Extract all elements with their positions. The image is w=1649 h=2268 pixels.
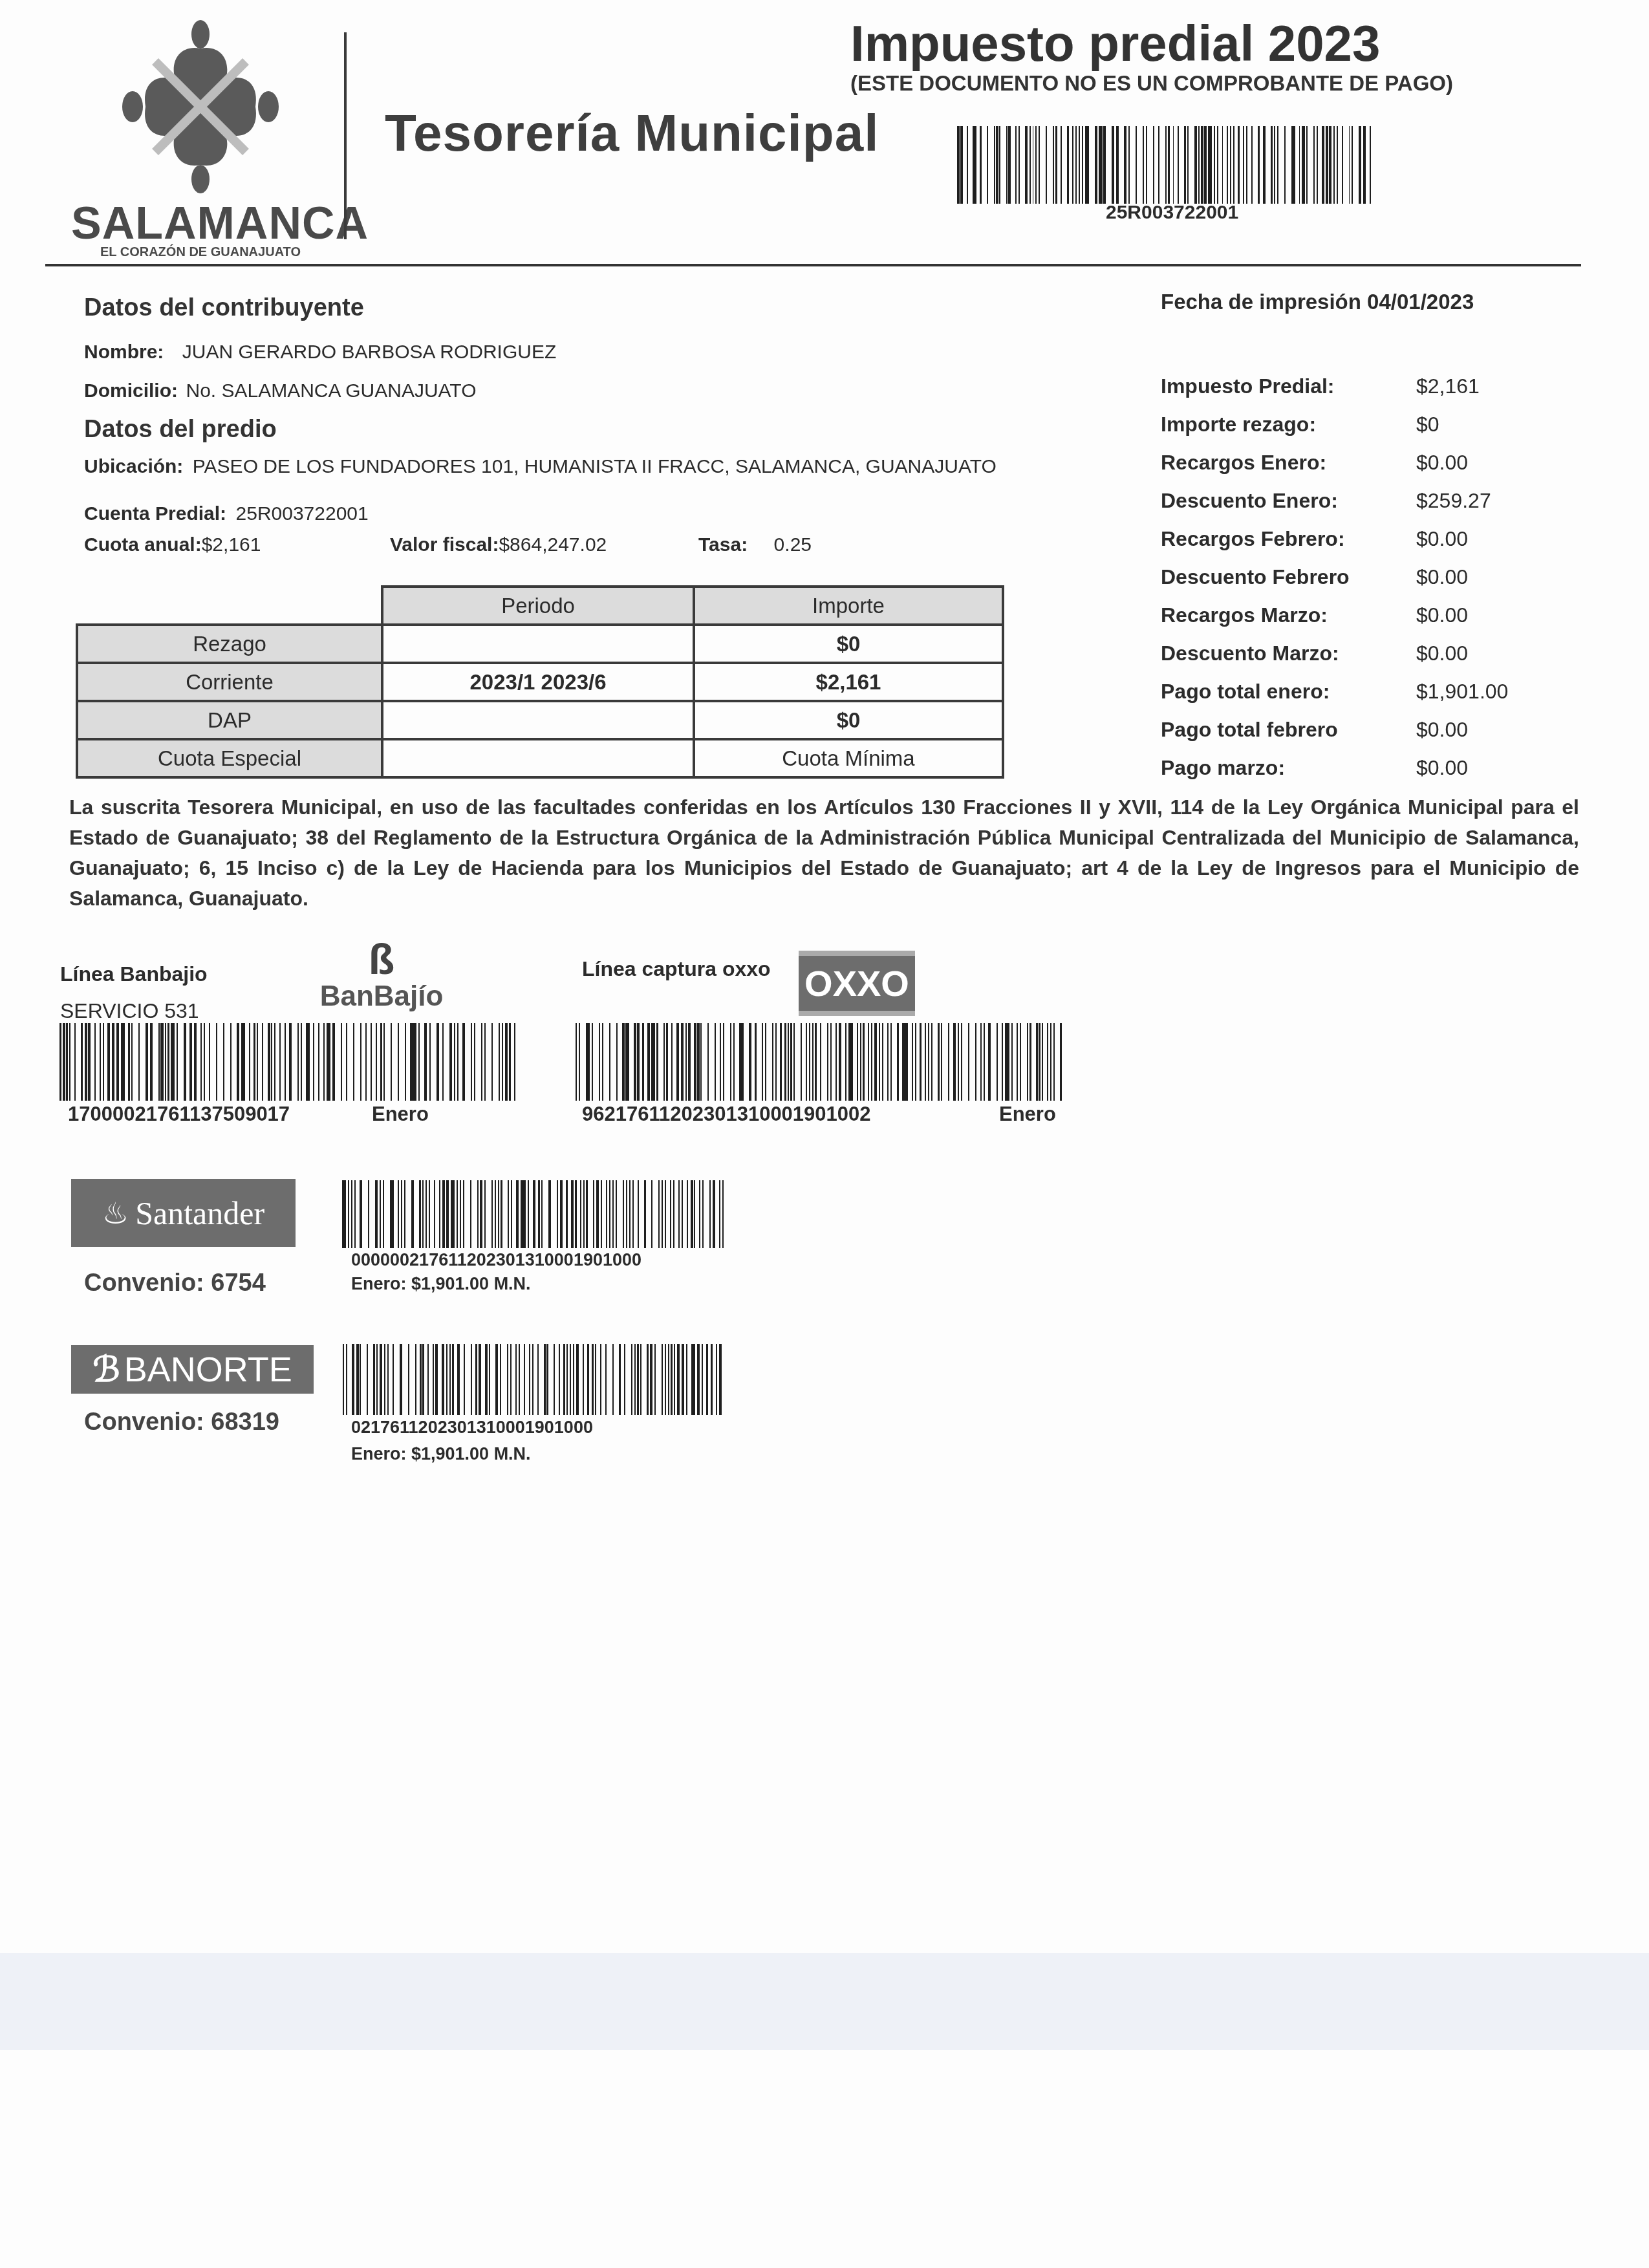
banbajio-month: Enero [372,1103,429,1126]
summary-value: $0 [1416,413,1439,437]
summary-label: Pago marzo: [1161,756,1416,780]
summary-value: $2,161 [1416,374,1480,398]
fiscal-value-value: $864,247.02 [499,534,607,556]
oxxo-month: Enero [999,1103,1056,1126]
summary-label: Importe rezago: [1161,413,1416,437]
banorte-barcode [343,1344,727,1415]
table-row: DAP $0 [77,701,1003,739]
santander-logo: ♨Santander [71,1179,296,1247]
oxxo-logo-text: OXXO [804,962,909,1004]
salamanca-logo: SALAMANCA EL CORAZÓN DE GUANAJUATO [71,16,330,249]
summary-row: Pago total enero:$1,901.00 [1161,673,1508,711]
document-subtitle: (ESTE DOCUMENTO NO ES UN COMPROBANTE DE … [850,71,1453,96]
period-table: Periodo Importe Rezago $0 Corriente 2023… [76,585,1004,779]
santander-convenio: Convenio: 6754 [84,1269,266,1297]
account-label: Cuenta Predial: [84,503,226,524]
address-label: Domicilio: [84,380,178,402]
account-row: Cuenta Predial: 25R003722001 [84,503,369,525]
col-header-period: Periodo [382,587,694,625]
banorte-logo: ℬBANORTE [71,1345,314,1394]
banbajio-service: SERVICIO 531 [60,999,199,1023]
col-header-amount: Importe [694,587,1003,625]
summary-label: Pago total febrero [1161,718,1416,742]
banbajio-barcode [60,1023,519,1101]
name-value: JUAN GERARDO BARBOSA RODRIGUEZ [182,341,556,363]
summary-value: $0.00 [1416,756,1468,780]
summary-row: Pago marzo:$0.00 [1161,749,1508,787]
rate-row: Tasa: 0.25 [698,534,812,556]
property-heading: Datos del predio [84,416,277,444]
summary-row: Descuento Marzo:$0.00 [1161,634,1508,673]
banorte-symbol-icon: ℬ [92,1349,120,1390]
banbajio-number: 17000021761137509017 [68,1103,290,1126]
summary-row: Importe rezago:$0 [1161,405,1508,444]
santander-logo-text: Santander [135,1194,264,1232]
summary-label: Descuento Enero: [1161,489,1416,513]
table-row: Rezago $0 [77,625,1003,663]
location-value: PASEO DE LOS FUNDADORES 101, HUMANISTA I… [193,456,997,477]
summary-label: Recargos Febrero: [1161,527,1416,551]
logo-wordmark: SALAMANCA [71,197,330,249]
banbajio-label: Línea Banbajio [60,962,208,986]
summary-label: Recargos Enero: [1161,451,1416,475]
banorte-amount: Enero: $1,901.00 M.N. [351,1444,531,1464]
summary-row: Impuesto Predial:$2,161 [1161,367,1508,405]
header-rule [45,264,1581,266]
oxxo-number: 96217611202301310001901002 [582,1103,871,1126]
summary-row: Recargos Marzo:$0.00 [1161,596,1508,634]
banorte-number: 0217611202301310001901000 [351,1418,593,1438]
summary-value: $1,901.00 [1416,680,1508,704]
header-divider [344,32,347,239]
banbajio-bb-icon: ß [307,938,456,980]
logo-tagline: EL CORAZÓN DE GUANAJUATO [71,245,330,260]
banbajio-logo: ß BanBajío [307,938,456,1013]
banorte-convenio: Convenio: 68319 [84,1409,279,1436]
salamanca-emblem-icon [71,16,330,197]
santander-number: 000000217611202301310001901000 [351,1250,641,1270]
account-barcode-number: 25R003722001 [1106,202,1238,224]
summary-value: $0.00 [1416,642,1468,665]
summary-value: $259.27 [1416,489,1491,513]
summary-value: $0.00 [1416,603,1468,627]
banbajio-logo-text: BanBajío [307,980,456,1013]
banorte-logo-text: BANORTE [124,1350,292,1390]
summary-row: Descuento Enero:$259.27 [1161,482,1508,520]
table-row: Cuota Especial Cuota Mínima [77,739,1003,777]
annual-fee-row: Cuota anual:$2,161 [84,534,261,556]
santander-amount: Enero: $1,901.00 M.N. [351,1274,531,1294]
address-value: No. SALAMANCA GUANAJUATO [186,380,476,402]
summary-value: $0.00 [1416,527,1468,551]
santander-barcode [343,1180,727,1248]
property-location-row: Ubicación: PASEO DE LOS FUNDADORES 101, … [84,456,997,478]
summary-row: Pago total febrero$0.00 [1161,711,1508,749]
santander-flame-icon: ♨ [102,1196,129,1231]
location-label: Ubicación: [84,456,183,477]
summary-label: Impuesto Predial: [1161,374,1416,398]
annual-fee-value: $2,161 [202,534,261,556]
print-date: Fecha de impresión 04/01/2023 [1161,290,1474,314]
oxxo-label: Línea captura oxxo [582,957,771,981]
rate-label: Tasa: [698,534,748,556]
rate-value: 0.25 [774,534,812,556]
fiscal-value-row: Valor fiscal:$864,247.02 [390,534,607,556]
taxpayer-heading: Datos del contribuyente [84,294,364,322]
document-title: Impuesto predial 2023 [850,14,1380,73]
summary-value: $0.00 [1416,565,1468,589]
summary-value: $0.00 [1416,718,1468,742]
summary-row: Recargos Enero:$0.00 [1161,444,1508,482]
account-value: 25R003722001 [236,503,369,524]
summary-label: Descuento Marzo: [1161,642,1416,665]
taxpayer-address-row: Domicilio: No. SALAMANCA GUANAJUATO [84,380,476,402]
summary-label: Descuento Febrero [1161,565,1416,589]
payment-summary: Impuesto Predial:$2,161Importe rezago:$0… [1161,367,1508,787]
summary-value: $0.00 [1416,451,1468,475]
taxpayer-name-row: Nombre: JUAN GERARDO BARBOSA RODRIGUEZ [84,341,556,363]
summary-label: Recargos Marzo: [1161,603,1416,627]
oxxo-barcode [576,1023,1067,1101]
annual-fee-label: Cuota anual: [84,534,202,556]
table-row: Corriente 2023/1 2023/6 $2,161 [77,663,1003,701]
name-label: Nombre: [84,341,164,363]
department-name: Tesorería Municipal [385,103,879,163]
account-barcode [957,126,1377,204]
fiscal-value-label: Valor fiscal: [390,534,499,556]
summary-row: Recargos Febrero:$0.00 [1161,520,1508,558]
watermark-band [0,1953,1649,2050]
summary-label: Pago total enero: [1161,680,1416,704]
summary-row: Descuento Febrero$0.00 [1161,558,1508,596]
legal-text: La suscrita Tesorera Municipal, en uso d… [69,792,1579,914]
oxxo-logo: OXXO [799,951,915,1016]
